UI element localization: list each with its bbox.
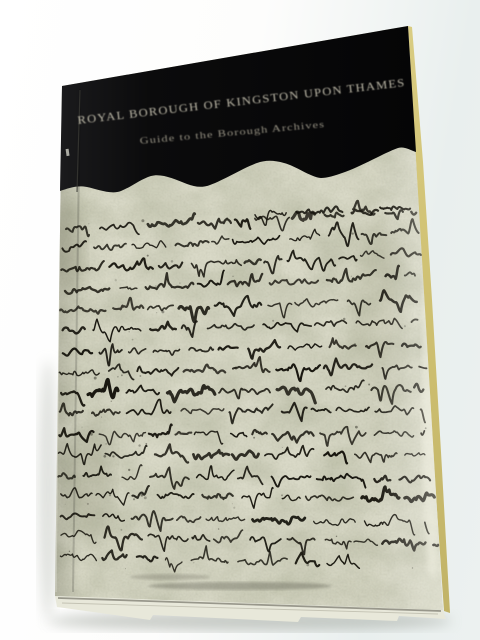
book-photo-canvas: ROYAL BOROUGH OF KINGSTON UPON THAMES Gu… bbox=[0, 0, 480, 640]
book-photo: ROYAL BOROUGH OF KINGSTON UPON THAMES Gu… bbox=[0, 0, 480, 640]
